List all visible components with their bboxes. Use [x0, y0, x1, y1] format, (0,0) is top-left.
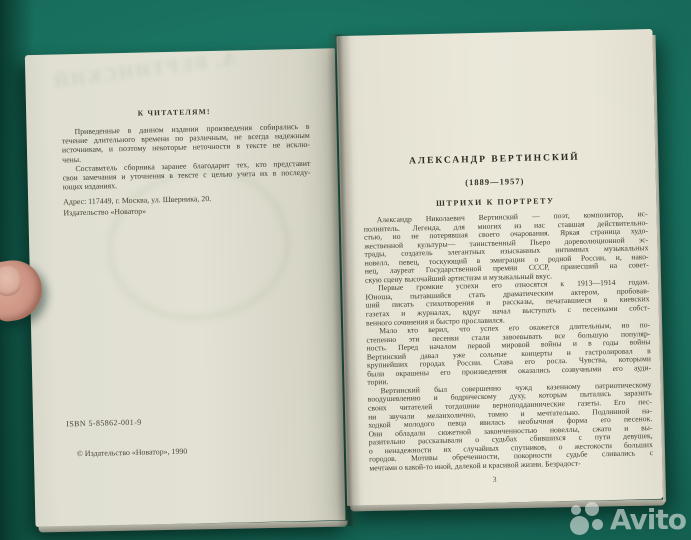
photo-scene: А. ВЕРТИНСКИЙ К ЧИТАТЕЛЯМ! Приведенные в… — [0, 0, 691, 540]
avito-watermark-label: Avito — [610, 503, 686, 536]
copyright-text: © Издательство «Новатор», 1990 — [77, 447, 188, 459]
showthrough-text: А. ВЕРТИНСКИЙ — [47, 49, 238, 95]
avito-watermark: Avito — [570, 502, 686, 536]
readers-heading: К ЧИТАТЕЛЯМ! — [26, 104, 322, 120]
essay-text: Александр Николаевич Вертинский — поэт, … — [364, 210, 654, 473]
paragraph: Александр Николаевич Вертинский — поэт, … — [364, 210, 649, 285]
left-page: А. ВЕРТИНСКИЙ К ЧИТАТЕЛЯМ! Приведенные в… — [25, 48, 346, 527]
paragraph: Вертинский был совершенно чужд казенному… — [367, 381, 653, 473]
avito-dots-icon — [570, 502, 606, 536]
right-page: АЛЕКСАНДР ВЕРТИНСКИЙ (1889—1957) ШТРИХИ … — [336, 29, 663, 506]
page-stack-edge — [39, 521, 348, 533]
paragraph: Мало кто верил, что успех его окажется д… — [366, 321, 651, 387]
readers-note: Приведенные в данном издании произведени… — [61, 122, 310, 192]
page-number: 3 — [347, 471, 643, 487]
book-title: АЛЕКСАНДР ВЕРТИНСКИЙ — [339, 151, 649, 168]
paragraph: Составитель сборника заранее благодарит … — [62, 159, 311, 192]
open-book: А. ВЕРТИНСКИЙ К ЧИТАТЕЛЯМ! Приведенные в… — [20, 23, 671, 535]
page-stack-edge — [653, 35, 667, 502]
chapter-subtitle: ШТРИХИ К ПОРТРЕТУ — [340, 194, 650, 210]
isbn-text: ISBN 5-85862-001-9 — [66, 418, 142, 429]
fingernail — [0, 264, 24, 297]
life-years: (1889—1957) — [340, 173, 650, 190]
paragraph: Приведенные в данном издании произведени… — [61, 122, 310, 164]
